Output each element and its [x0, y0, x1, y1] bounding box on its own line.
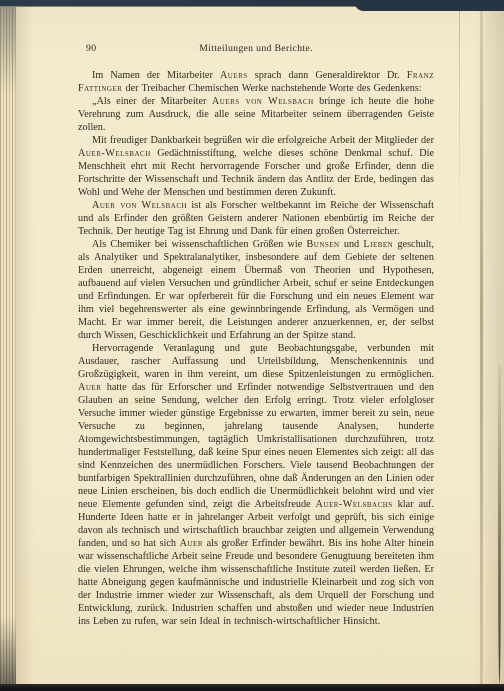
text-run: Als Chemiker bei wissenschaftlichen Größ…	[92, 239, 306, 250]
text-run: sprach dann Generaldirektor Dr.	[248, 70, 407, 81]
page-crease-faint	[459, 6, 460, 246]
paragraph: Mit freudiger Dankbarkeit begrüßen wir d…	[78, 134, 434, 199]
text-block: Im Namen der Mitarbeiter Auers sprach da…	[78, 69, 434, 628]
text-run: „Als einer der Mitarbeiter	[92, 96, 212, 107]
person-name: Auer-Welsbach	[78, 148, 151, 159]
book-cover-top-edge-right	[354, 0, 504, 11]
book-bottom-shadow	[0, 684, 504, 691]
running-head: Mitteilungen und Berichte.	[78, 43, 434, 54]
text-run: geschult, als Analytiker und Spektralana…	[78, 239, 434, 341]
text-run: als großer Erfinder bewährt. Bis ins hoh…	[78, 538, 434, 627]
book-page: 90 Mitteilungen und Berichte. Im Namen d…	[15, 6, 504, 684]
paragraph: Hervorragende Veranlagung und gute Beoba…	[78, 342, 434, 628]
person-name: Auers von Welsbach	[212, 96, 314, 107]
text-run: hatte das für Erforscher und Erfinder no…	[78, 382, 434, 510]
page-stack-left-edge	[0, 4, 16, 686]
person-name: Auer-Welsbachs	[316, 499, 393, 510]
text-run: Hervorragende Veranlagung und gute Beoba…	[78, 343, 434, 380]
paragraph: Im Namen der Mitarbeiter Auers sprach da…	[78, 69, 434, 95]
page-number: 90	[86, 43, 96, 54]
paragraph: Als Chemiker bei wissenschaftlichen Größ…	[78, 238, 434, 342]
person-name: Lieben	[363, 239, 393, 250]
text-run: und	[340, 239, 364, 250]
person-name: Auer	[180, 538, 203, 549]
page-curl-shadow	[498, 364, 501, 684]
person-name: Auer	[78, 382, 101, 393]
person-name: Auer von Welsbach	[92, 200, 187, 211]
paragraph: Auer von Welsbach ist als Forscher weltb…	[78, 199, 434, 238]
page-crease	[480, 6, 484, 684]
text-run: Im Namen der Mitarbeiter	[92, 70, 220, 81]
person-name: Auers	[220, 70, 248, 81]
book-scan: 90 Mitteilungen und Berichte. Im Namen d…	[0, 0, 504, 691]
paragraph: „Als einer der Mitarbeiter Auers von Wel…	[78, 95, 434, 134]
person-name: Bunsen	[306, 239, 339, 250]
page-header: 90 Mitteilungen und Berichte.	[78, 43, 434, 56]
text-run: Mit freudiger Dankbarkeit begrüßen wir d…	[92, 135, 434, 146]
text-column: 90 Mitteilungen und Berichte. Im Namen d…	[78, 43, 434, 628]
text-run: der Treibacher Chemischen Werke nachsteh…	[122, 83, 421, 94]
